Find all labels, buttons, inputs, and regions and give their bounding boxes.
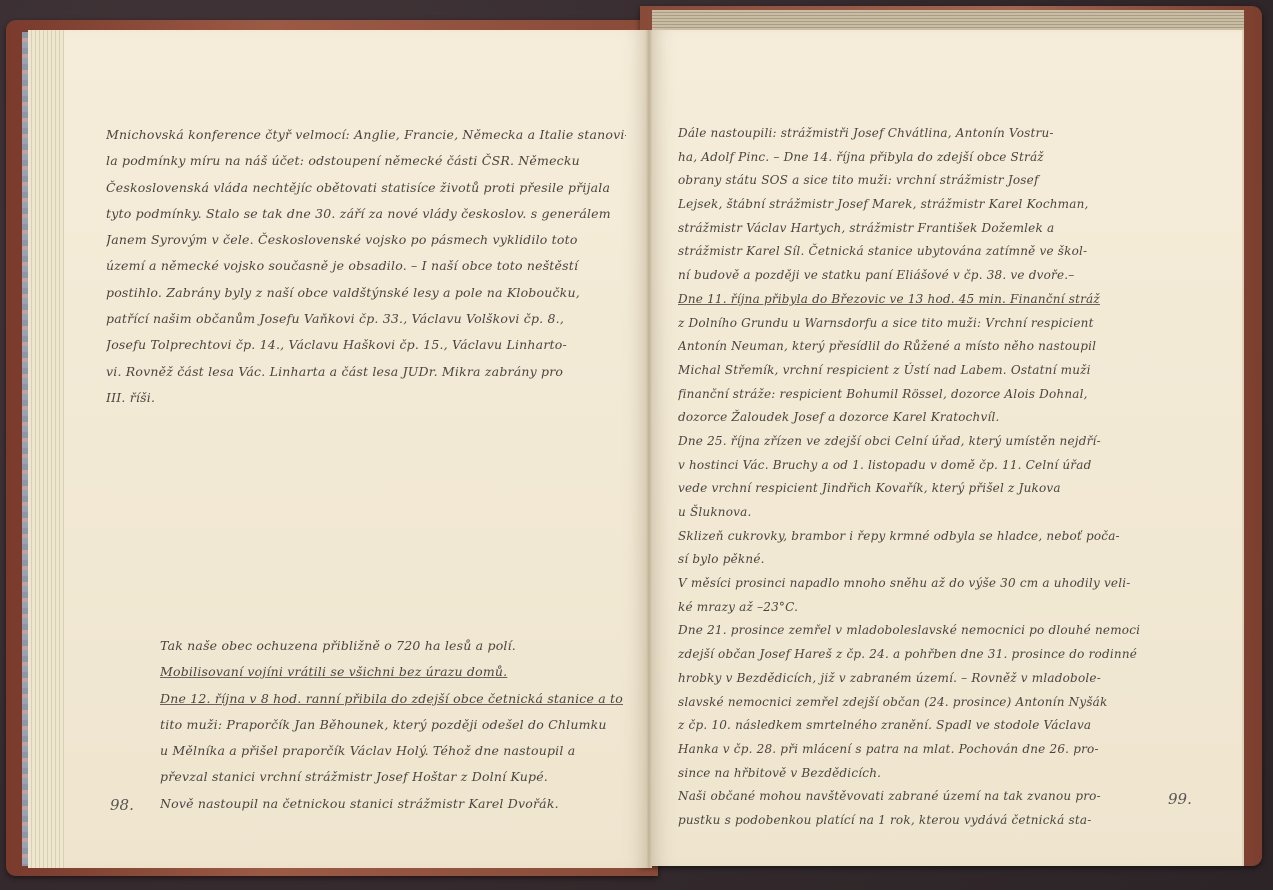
text-line-underlined: Dne 11. října přibyla do Březovic ve 13 … — [678, 288, 1148, 312]
text-line: strážmistr Václav Hartych, strážmistr Fr… — [678, 217, 1148, 241]
text-line: Hanka v čp. 28. při mlácení s patra na m… — [678, 738, 1148, 762]
text-line: Naši občané mohou navštěvovati zabrané ú… — [678, 785, 1148, 809]
text-line: postihlo. Zabrány byly z naší obce valdš… — [106, 280, 626, 306]
text-line: patřící našim občanům Josefu Vaňkovi čp.… — [106, 306, 626, 332]
text-line: z Dolního Grundu u Warnsdorfu a sice tit… — [678, 312, 1148, 336]
text-line: v hostinci Vác. Bruchy a od 1. listopadu… — [678, 454, 1148, 478]
book-gutter — [646, 30, 652, 868]
text-line: III. říši. — [106, 385, 626, 411]
text-line: Dne 21. prosince zemřel v mladoboleslavs… — [678, 619, 1148, 643]
text-line: hrobky v Bezdědicích, již v zabraném úze… — [678, 667, 1148, 691]
text-line: u Šluknova. — [678, 501, 1148, 525]
text-line: Michal Střemík, vrchní respicient z Ústí… — [678, 359, 1148, 383]
page-stack-top — [652, 10, 1244, 32]
text-line: Nově nastoupil na četnickou stanici strá… — [160, 791, 625, 817]
text-line: strážmistr Karel Síl. Četnická stanice u… — [678, 240, 1148, 264]
text-line: la podmínky míru na náš účet: odstoupení… — [106, 148, 626, 174]
text-line: Josefu Tolprechtovi čp. 14., Václavu Haš… — [106, 332, 626, 358]
text-line: since na hřbitově v Bezdědicích. — [678, 762, 1148, 786]
text-line: obrany státu SOS a sice tito muži: vrchn… — [678, 169, 1148, 193]
text-line: u Mělníka a přišel praporčík Václav Holý… — [160, 738, 625, 764]
text-line: finanční stráže: respicient Bohumil Röss… — [678, 383, 1148, 407]
text-line-underlined: Dne 12. října v 8 hod. ranní přibila do … — [160, 686, 625, 712]
text-line: Dne 25. října zřízen ve zdejší obci Celn… — [678, 430, 1148, 454]
text-line: Dále nastoupili: strážmistři Josef Chvát… — [678, 122, 1148, 146]
text-line: vede vrchní respicient Jindřich Kovařík,… — [678, 477, 1148, 501]
page-number-right: 99. — [1168, 790, 1192, 808]
text-line: V měsíci prosinci napadlo mnoho sněhu až… — [678, 572, 1148, 596]
text-line: ha, Adolf Pinc. – Dne 14. října přibyla … — [678, 146, 1148, 170]
text-line: ké mrazy až –23°C. — [678, 596, 1148, 620]
text-line: z čp. 10. následkem smrtelného zranění. … — [678, 714, 1148, 738]
left-page-lower-text: Tak naše obec ochuzena přibližně o 720 h… — [160, 633, 625, 817]
text-line: vi. Rovněž část lesa Vác. Linharta a čás… — [106, 359, 626, 385]
text-line: zdejší občan Josef Hareš z čp. 24. a poh… — [678, 643, 1148, 667]
page-stack-left — [28, 30, 64, 868]
text-line: slavské nemocnici zemřel zdejší občan (2… — [678, 691, 1148, 715]
text-line: území a německé vojsko současně je obsad… — [106, 253, 626, 279]
text-line: Lejsek, štábní strážmistr Josef Marek, s… — [678, 193, 1148, 217]
text-line: pustku s podobenkou platící na 1 rok, kt… — [678, 809, 1148, 833]
text-line: ní budově a později ve statku paní Eliáš… — [678, 264, 1148, 288]
text-line: převzal stanici vrchní strážmistr Josef … — [160, 764, 625, 790]
text-line: sí bylo pěkné. — [678, 548, 1148, 572]
text-line: Československá vláda nechtějíc obětovati… — [106, 175, 626, 201]
text-line: Janem Syrovým v čele. Československé voj… — [106, 227, 626, 253]
text-line: Mnichovská konference čtyř velmocí: Angl… — [106, 122, 626, 148]
left-page-upper-text: Mnichovská konference čtyř velmocí: Angl… — [106, 122, 626, 411]
text-line: tito muži: Praporčík Jan Běhounek, který… — [160, 712, 625, 738]
text-line: Sklizeň cukrovky, brambor i řepy krmné o… — [678, 525, 1148, 549]
page-number-left: 98. — [110, 796, 134, 814]
text-line: tyto podmínky. Stalo se tak dne 30. září… — [106, 201, 626, 227]
text-line: dozorce Žaloudek Josef a dozorce Karel K… — [678, 406, 1148, 430]
text-line: Tak naše obec ochuzena přibližně o 720 h… — [160, 633, 625, 659]
right-page-text: Dále nastoupili: strážmistři Josef Chvát… — [678, 122, 1148, 833]
text-line-underlined: Mobilisovaní vojíni vrátili se všichni b… — [160, 659, 625, 685]
text-line: Antonín Neuman, který přesídlil do Růžen… — [678, 335, 1148, 359]
